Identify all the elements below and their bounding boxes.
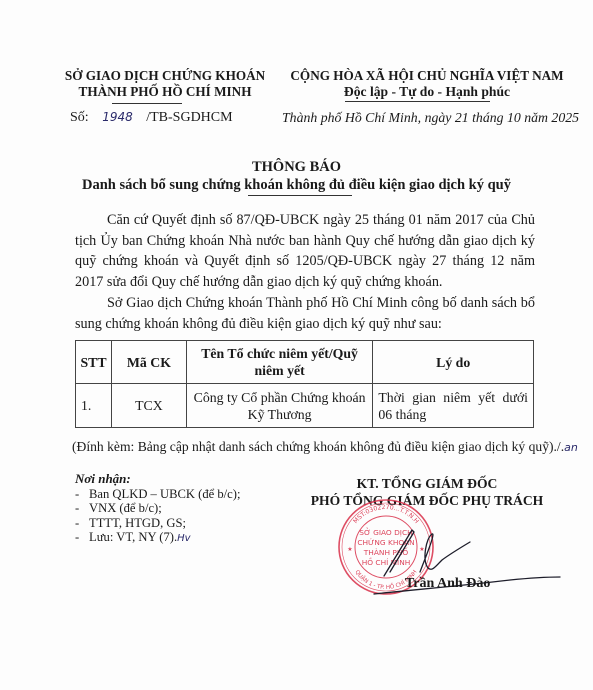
place-date: Thành phố Hồ Chí Minh, ngày 21 tháng 10 … <box>282 110 577 126</box>
motto: Độc lập - Tự do - Hạnh phúc <box>282 84 572 100</box>
recipients-block: Nơi nhận: -Ban QLKD – UBCK (để b/c); -VN… <box>75 472 240 547</box>
recipient-text: Lưu: VT, NY (7). <box>89 530 177 544</box>
attachment-note: (Đính kèm: Bảng cập nhật danh sách chứng… <box>72 439 578 455</box>
motto-underline <box>345 101 490 102</box>
title-underline <box>248 195 352 196</box>
cell-reason: Thời gian niêm yết dưới 06 tháng <box>373 384 534 428</box>
col-header-reason: Lý do <box>373 341 534 384</box>
table-header-row: STT Mã CK Tên Tổ chức niêm yết/Quỹ niêm … <box>76 341 534 384</box>
signer-name: Trần Anh Đào <box>405 576 490 592</box>
col-header-stt: STT <box>76 341 112 384</box>
country-name: CỘNG HÒA XÃ HỘI CHỦ NGHĨA VIỆT NAM <box>282 68 572 84</box>
cell-issuer: Công ty Cổ phần Chứng khoán Kỹ Thương <box>186 384 373 428</box>
body-paragraph-announcement: Sở Giao dịch Chứng khoán Thành phố Hồ Ch… <box>75 293 535 334</box>
recipient-text: TTTT, HTGD, GS; <box>89 516 186 530</box>
recipient-item: -VNX (để b/c); <box>75 501 240 516</box>
agency-underline <box>112 103 182 104</box>
para1-text: Căn cứ Quyết định số 87/QĐ-UBCK ngày 25 … <box>75 212 535 290</box>
document-title: THÔNG BÁO Danh sách bổ sung chứng khoán … <box>20 158 573 194</box>
col-header-issuer: Tên Tổ chức niêm yết/Quỹ niêm yết <box>186 341 373 384</box>
number-handwritten: 1948 <box>102 110 133 124</box>
number-suffix: /TB-SGDHCM <box>146 110 232 125</box>
issuing-agency: SỞ GIAO DỊCH CHỨNG KHOÁN THÀNH PHỐ HỒ CH… <box>40 68 290 100</box>
recipient-item: -Ban QLKD – UBCK (để b/c); <box>75 487 240 502</box>
agency-name-line1: SỞ GIAO DỊCH CHỨNG KHOÁN <box>40 68 290 84</box>
attachment-text: (Đính kèm: Bảng cập nhật danh sách chứng… <box>72 439 564 454</box>
recipient-item: -TTTT, HTGD, GS; <box>75 516 240 531</box>
archive-initials: Hv <box>177 533 190 544</box>
para2-text: Sở Giao dịch Chứng khoán Thành phố Hồ Ch… <box>75 295 535 332</box>
cell-stt: 1. <box>76 384 112 428</box>
cell-ticker: TCX <box>111 384 186 428</box>
recipient-item: -Lưu: VT, NY (7).Hv <box>75 530 240 547</box>
signatory-title-line1: KT. TỔNG GIÁM ĐỐC <box>282 476 572 493</box>
title-main: THÔNG BÁO <box>20 158 573 176</box>
col-header-ticker: Mã CK <box>111 341 186 384</box>
recipient-text: VNX (để b/c); <box>89 501 162 515</box>
attachment-initials: an <box>564 441 578 454</box>
recipients-label: Nơi nhận: <box>75 472 240 487</box>
title-subtitle: Danh sách bổ sung chứng khoán không đủ đ… <box>20 176 573 194</box>
body-paragraph-legal-basis: Căn cứ Quyết định số 87/QĐ-UBCK ngày 25 … <box>75 210 535 292</box>
agency-name-line2: THÀNH PHỐ HỒ CHÍ MINH <box>40 84 290 100</box>
number-label: Số: <box>70 110 89 125</box>
national-motto: CỘNG HÒA XÃ HỘI CHỦ NGHĨA VIỆT NAM Độc l… <box>282 68 572 100</box>
table-row: 1. TCX Công ty Cổ phần Chứng khoán Kỹ Th… <box>76 384 534 428</box>
recipient-text: Ban QLKD – UBCK (để b/c); <box>89 487 240 501</box>
ineligible-securities-table: STT Mã CK Tên Tổ chức niêm yết/Quỹ niêm … <box>75 340 534 428</box>
document-number: Số: 1948 /TB-SGDHCM <box>70 110 233 126</box>
